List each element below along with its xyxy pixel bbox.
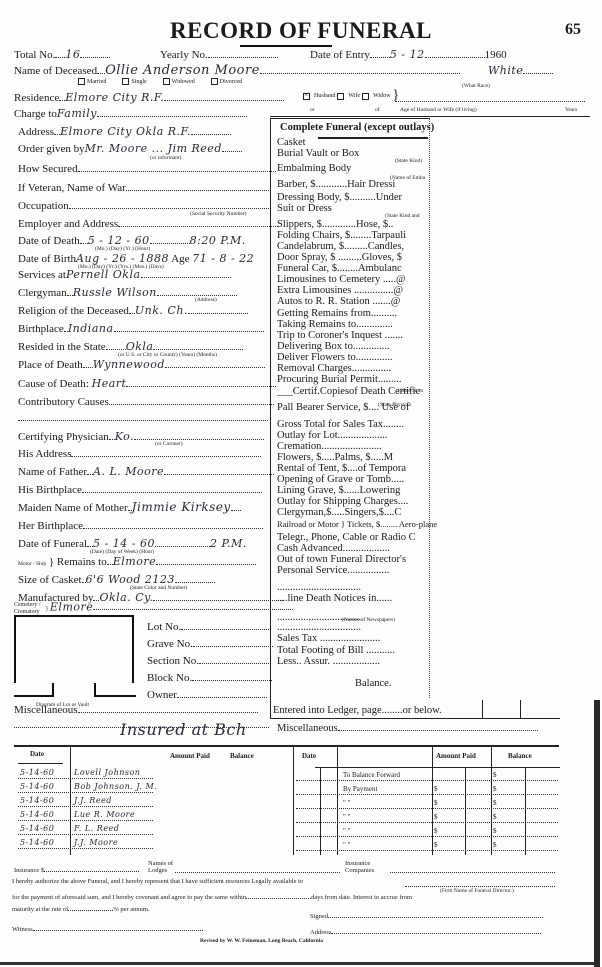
ledger-left-description[interactable]: Lovell Johnson [74,768,140,777]
marital-status-group: Married Single Widowed Divorced [78,78,242,85]
cemetery-value[interactable]: Elmore [50,600,93,613]
misc-right-field: Miscellaneous [277,721,538,735]
charge-to-label: Charge to [14,108,57,120]
date-of-entry-label: Date of Entry [310,49,370,61]
witness-field: Witness [12,925,203,933]
ledger-right-description: " " [343,799,350,807]
total-no-value[interactable]: 16 [65,48,80,61]
cause-of-death-value[interactable]: Heart [92,377,127,390]
charge-line-item[interactable]: ....line Death Notices in...... [277,593,392,605]
charge-line-item[interactable]: Sales Tax ....................... [277,633,380,645]
age-spouse-years: Years [565,107,577,113]
marital-widowed[interactable]: Widowed [163,78,195,85]
lodges-line[interactable] [175,872,340,873]
ledger-left-date[interactable]: 5-14-60 [20,824,54,833]
yearly-no-label: Yearly No. [160,49,208,61]
signed-field: Signed [310,912,543,920]
grave-no-field: Grave No. [147,637,273,651]
charge-line-item[interactable]: Burial Vault or Box [277,148,359,160]
total-no-field: Total No.16 [14,48,110,62]
charge-line-item[interactable]: Barber, $............Hair Dressi [277,179,395,191]
hour-of-death-value[interactable]: 8:20 P.M. [190,234,246,247]
clergyman-value[interactable]: Russle Wilson [73,286,157,299]
services-at-value[interactable]: Pernell Okla [66,268,141,281]
certifying-physician-field: Certifying PhysicianKo. [18,430,264,444]
date-of-entry-year: 1960 [485,49,507,61]
firm-caption: (Firm Name of Funeral Director.) [440,888,514,894]
remains-to-value[interactable]: Elmore [113,555,156,568]
religion-value[interactable]: Unk. Ch. [135,304,188,317]
section-no-field: Section No. [147,654,269,668]
maiden-name-mother-field: Maiden Name of MotherJimmie Kirksey [18,501,241,515]
services-at-field: Services atPernell Okla [18,268,231,282]
revised-credit: Revised by W. W. Feineman, Long Beach, C… [200,938,323,944]
block-no-field: Block No. [147,671,272,685]
ledger-left-date[interactable]: 5-14-60 [20,796,54,805]
insurance-field: Insurance $ [14,866,139,874]
cause-of-death-field: Cause of Death: Heart [18,377,276,391]
ledger-right-table [293,747,559,855]
charge-to-value[interactable]: Family [57,107,97,120]
owner-field: Owner [147,688,267,702]
charge-line-item[interactable]: Procuring Burial Permit......... [277,374,402,386]
charge-line-item[interactable]: Railroad or Motor } Tickets, $........ A… [277,518,437,530]
ledger-right-amount[interactable]: $ [434,785,438,793]
funeral-record-page: RECORD OF FUNERAL 65 Total No.16 Yearly … [0,0,602,967]
authorize-text: I hereby authorize the above Funeral, an… [12,878,303,885]
father-value[interactable]: A. L. Moore [93,465,164,478]
residence-value[interactable]: Elmore City R.F. [65,91,164,104]
ledger-left-date[interactable]: 5-14-60 [20,768,54,777]
race-caption: (What Race) [462,83,490,89]
order-given-by-field: Order given byMr. Moore ... Jim Reed [18,142,242,156]
ledger-right-balance[interactable]: $ [493,799,497,807]
birthplace-value[interactable]: Indiana [68,322,114,335]
ledger-right-description: " " [343,813,350,821]
birthplace-field: BirthplaceIndiana [18,322,264,336]
marital-divorced[interactable]: Divorced [211,78,242,85]
checkbox-husband[interactable] [303,93,310,100]
marital-single[interactable]: Single [122,78,146,85]
checkbox-widow[interactable] [362,93,369,100]
contributory-causes-line-2[interactable] [18,420,268,421]
spouse-of: of [375,107,380,113]
employer-field: Employer and Address [18,217,278,231]
charge-line-item[interactable]: Suit or Dress [277,203,332,215]
ledger-right-balance[interactable]: $ [493,813,497,821]
how-secured-field: How Secured [18,162,276,176]
address-field: AddressElmore City Okla R.F. [18,125,231,139]
clergyman-address-caption: (Address) [195,297,217,303]
misc-handwritten-note[interactable]: Insured at Bch [120,720,247,739]
charges-heading: Complete Funeral (except outlays) [280,122,434,134]
ledger-right-description: " " [343,827,350,835]
spouse-status-group: Husband Wife Widow } [303,92,399,100]
ledger-right-amount[interactable]: $ [434,841,438,849]
ledger-right-balance[interactable]: $ [493,785,497,793]
ledger-right-balance[interactable]: $ [493,827,497,835]
spouse-or: or [310,107,315,113]
address-signer-field: Address [310,928,541,936]
residence-label: Residence [14,92,59,104]
ledger-right-amount[interactable]: $ [434,799,438,807]
checkbox-divorced[interactable] [211,78,218,85]
ledger-left-description[interactable]: F. L. Reed [74,824,119,833]
date-of-entry-field: Date of Entry5 - 121960 [310,48,507,62]
funeral-hour-value[interactable]: 2 P.M. [210,537,247,550]
page-title: RECORD OF FUNERAL [0,18,602,44]
ledger-left-description[interactable]: J.J. Reed [74,796,112,805]
checkbox-married[interactable] [78,78,85,85]
date-of-entry-value[interactable]: 5 - 12 [390,48,425,61]
total-no-label: Total No. [14,49,55,61]
place-of-death-field: Place of DeathWynnewood [18,358,265,372]
her-birthplace-field: Her Birthplace [18,519,263,533]
ledger-entry-line: Entered into Ledger, page........or belo… [273,705,442,717]
maturity-text: maturity at the rate of% per annum. [12,905,150,913]
ledger-right-balance-header: Balance [508,752,532,760]
marital-married[interactable]: Married [78,78,106,85]
charge-to-field: Charge toFamily [14,107,247,121]
cemetery-field: Cemetery / Crematory } Elmore [14,602,293,616]
ledger-right-description: " " [343,841,350,849]
ledger-left-balance-header: Balance [230,752,254,760]
ledger-left-amount-header: Amount Paid [170,752,210,760]
charge-line-item[interactable]: Less.. Assur. .................. [277,656,380,668]
ledger-right-amount[interactable]: $ [434,827,438,835]
ledger-right-description: To Balance Forward [343,771,400,779]
ledger-left-date[interactable]: 5-14-60 [20,838,54,847]
charge-line-item[interactable]: Embalming Body [277,163,351,175]
ledger-left-date[interactable]: 5-14-60 [20,782,54,791]
place-of-death-value[interactable]: Wynnewood [93,358,165,371]
order-given-by-value[interactable]: Mr. Moore ... Jim Reed [85,142,222,155]
misc-left-field: Miscellaneous [14,703,258,717]
physician-value[interactable]: Ko. [115,430,134,443]
ledger-right-description: By Payment [343,785,377,793]
ledger-left-description[interactable]: Bob Johnson. J. M. [74,782,157,791]
firm-name-line[interactable] [405,886,555,887]
checkbox-single[interactable] [122,78,129,85]
age-spouse-label: Age of Husband or Wife (if living) [400,107,477,113]
ledger-left-date-header: Date [30,750,44,758]
name-of-father-field: Name of FatherA. L. Moore [18,465,274,479]
ledger-left-description[interactable]: Lue R. Moore [74,810,135,819]
remains-to-field: Motor / Ship } Remains toElmore [18,555,256,571]
companies-line[interactable] [390,872,555,873]
page-number: 65 [565,21,581,39]
ledger-right-amount-header: Amount Paid [436,752,476,760]
contributory-causes-field: Contributory Causes [18,395,274,409]
his-address-field: His Address [18,447,261,461]
checkbox-wife[interactable] [337,93,344,100]
residence-field: ResidenceElmore City R.F. [14,91,284,105]
ledger-right-date-header: Date [302,752,316,760]
page-edge-shadow [594,700,600,967]
yearly-no-value[interactable] [208,48,278,58]
charge-line-item[interactable]: Balance. [355,678,391,690]
spouse-name-line[interactable] [395,101,585,102]
ledger-left-date[interactable]: 5-14-60 [20,810,54,819]
yearly-no-field: Yearly No. [160,48,278,62]
covenant-text: for the payment of aforesaid sum, and I … [12,893,412,901]
race-value[interactable]: White [488,64,523,77]
veteran-field: If Veteran, Name of War [18,181,271,195]
companies-label: Insurance Companies [345,860,395,874]
address-value[interactable]: Elmore City Okla R.F. [60,125,191,138]
ledger-right-balance[interactable]: $ [493,841,497,849]
charge-line-item[interactable]: Personal Service................ [277,565,389,577]
name-of-deceased-field: Name of DeceasedOllie Anderson Moore [14,64,460,78]
order-caption: (or informant) [150,155,181,161]
name-label: Name of Deceased [14,65,97,77]
name-value[interactable]: Ollie Anderson Moore [105,63,260,78]
race-field: White [488,64,553,78]
lot-no-field: Lot No. [147,620,271,634]
mother-value[interactable]: Jimmie Kirksey [132,500,231,514]
ledger-right-amount[interactable]: $ [434,813,438,821]
his-birthplace-field: His Birthplace [18,483,262,497]
age-value[interactable]: 71 - 8 - 22 [192,252,254,265]
religion-field: Religion of the DeceasedUnk. Ch. [18,304,248,318]
ledger-left-description[interactable]: J.J. Moore [74,838,118,847]
charge-line-item[interactable]: Autos to R. R. Station .......@ [277,296,400,308]
title-underline [240,45,332,47]
checkbox-widowed[interactable] [163,78,170,85]
ledger-right-balance[interactable]: $ [493,771,497,779]
